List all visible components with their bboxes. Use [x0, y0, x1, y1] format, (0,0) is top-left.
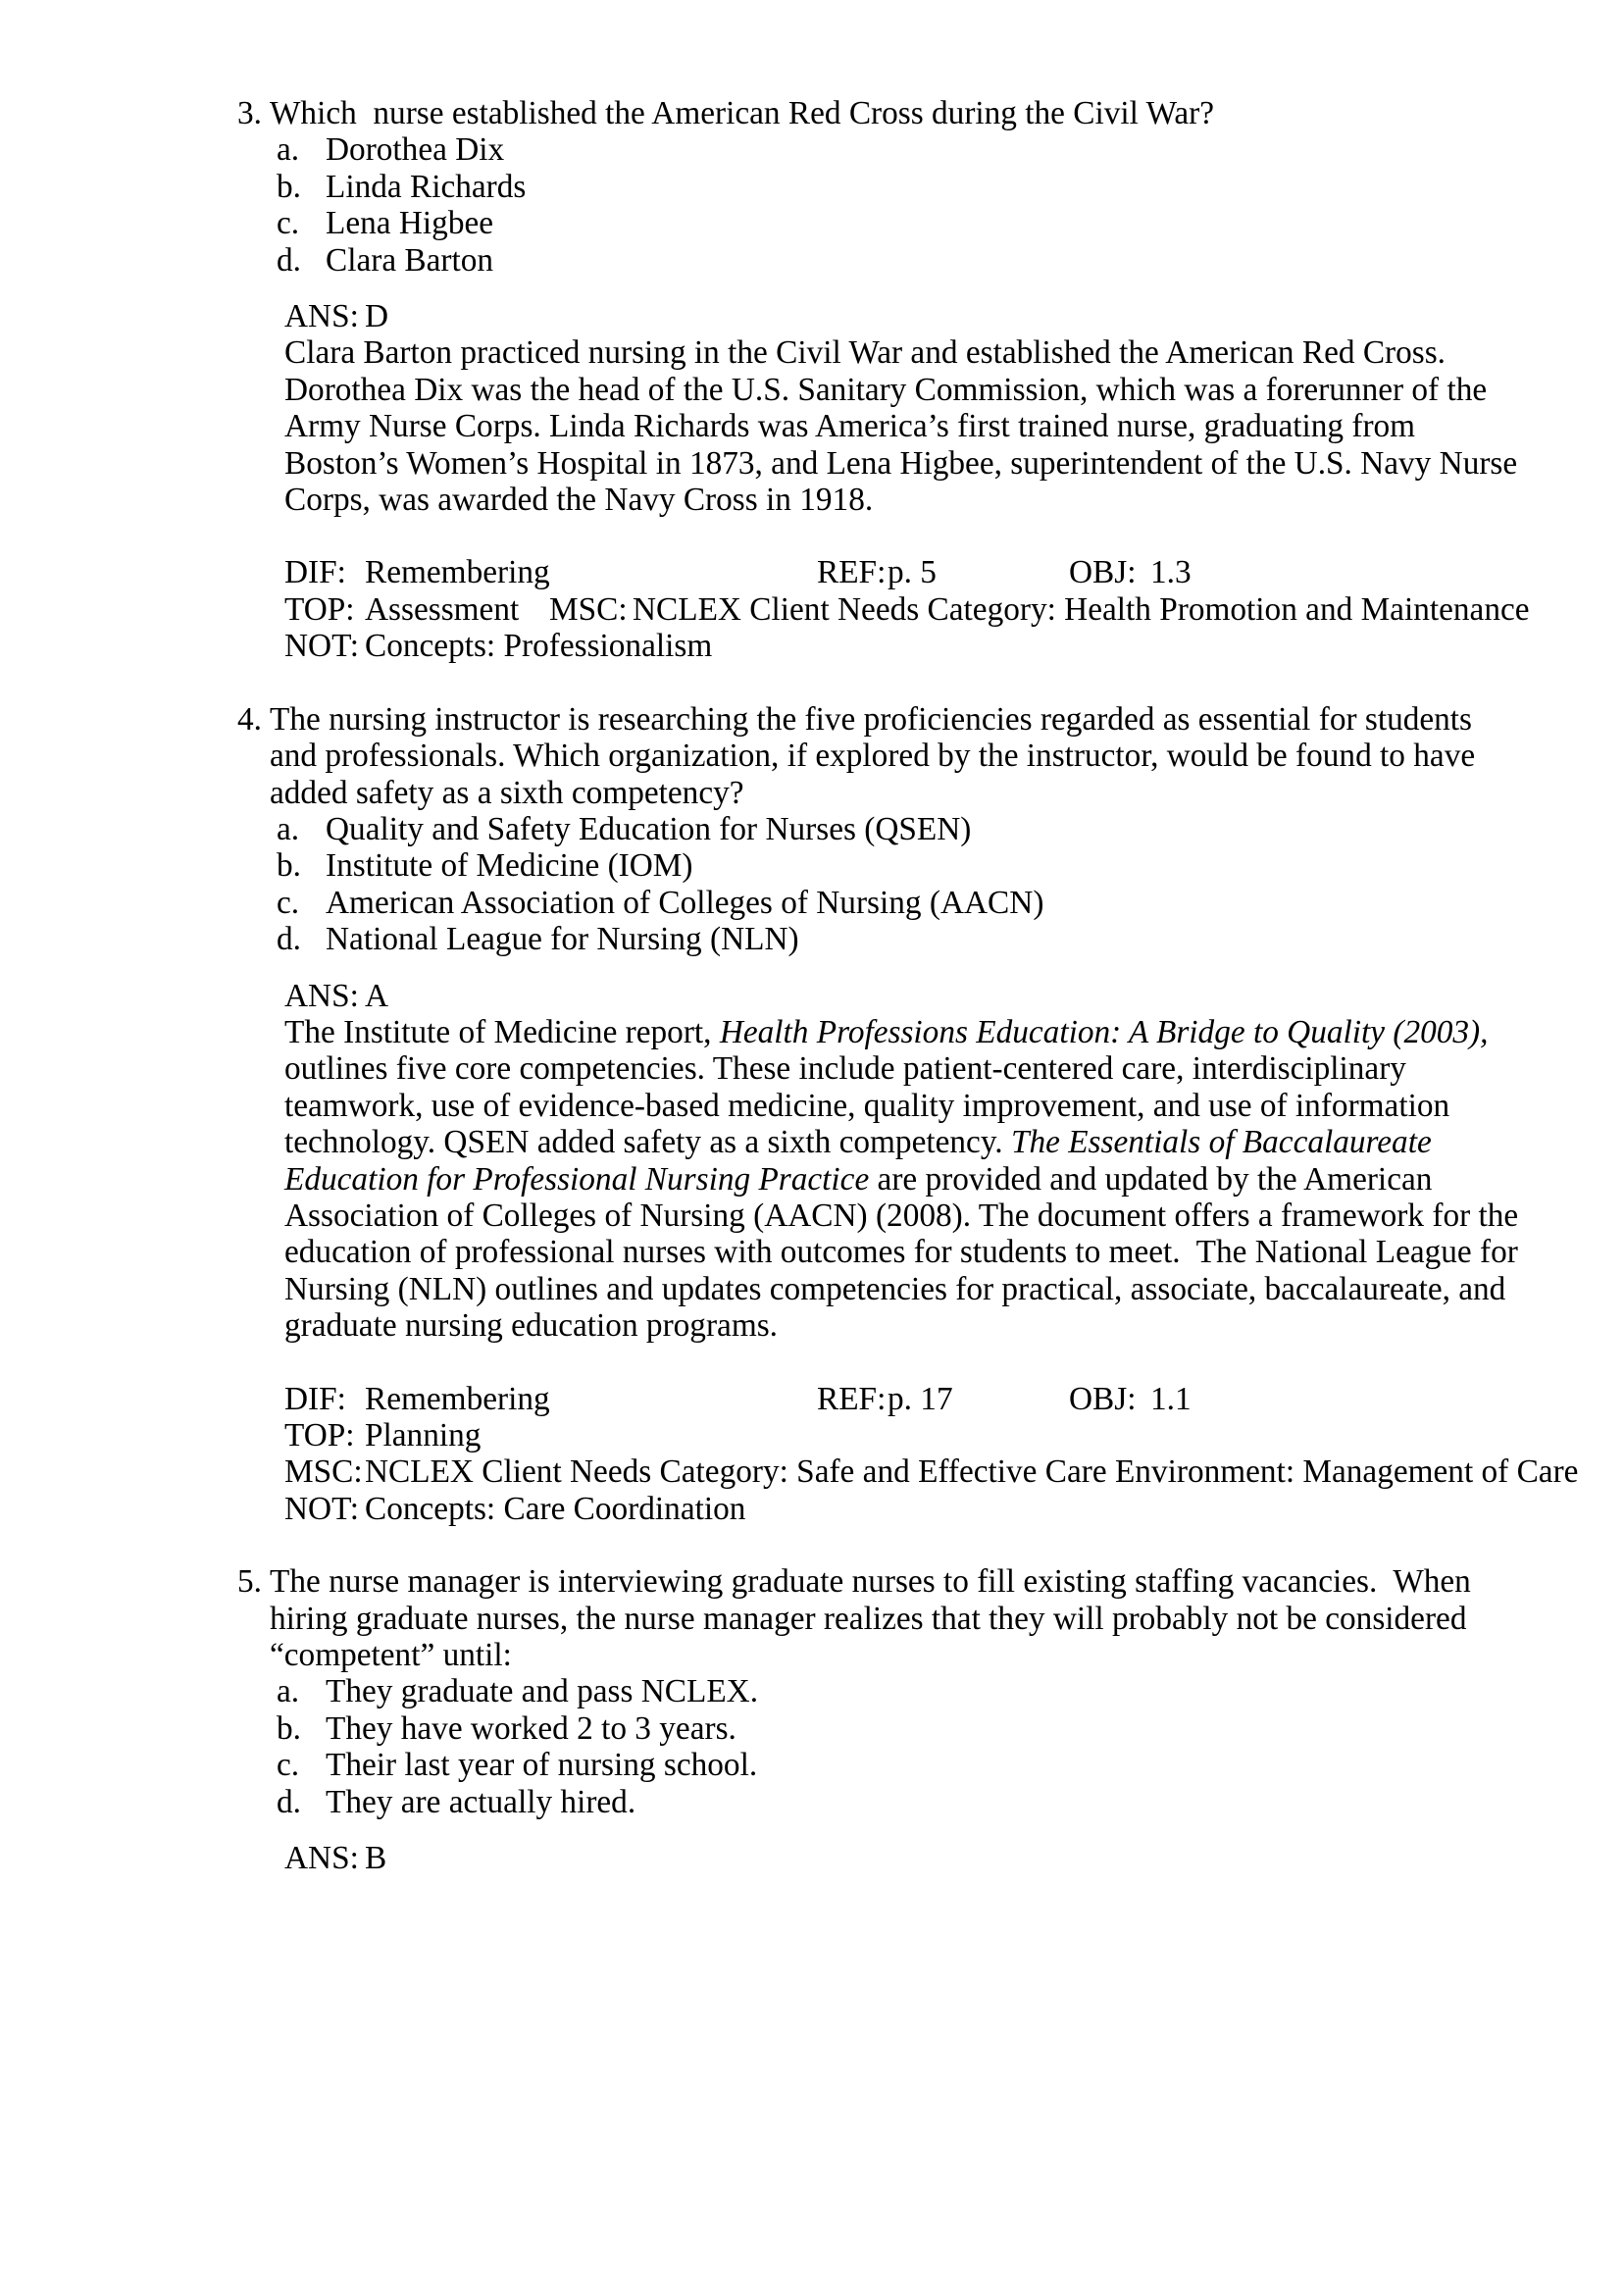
option-text: Clara Barton [326, 242, 493, 279]
answer-label: ANS: [284, 1840, 365, 1876]
answer-options: a. Dorothea Dix b. Linda Richards c. Len… [0, 131, 1624, 279]
question-4: 4. The nursing instructor is researching… [0, 701, 1624, 1528]
ref-value: p. 5 [888, 554, 1069, 590]
top-msc-row: TOP: Assessment MSC: NCLEX Client Needs … [284, 591, 1624, 628]
top-label: TOP: [284, 591, 365, 628]
not-value: Concepts: Care Coordination [365, 1491, 745, 1527]
not-row: NOT: Concepts: Care Coordination [284, 1491, 1624, 1527]
obj-value: 1.1 [1150, 1381, 1192, 1417]
top-label: TOP: [284, 1417, 365, 1453]
answer-option-c: c. Lena Higbee [0, 205, 1624, 241]
not-label: NOT: [284, 628, 365, 664]
answer-option-a: a. Quality and Safety Education for Nurs… [0, 811, 1624, 847]
option-letter: d. [277, 921, 326, 957]
answer-option-d: d. National League for Nursing (NLN) [0, 921, 1624, 957]
ref-label: REF: [817, 1381, 888, 1417]
option-letter: c. [277, 205, 326, 241]
option-letter: a. [277, 131, 326, 168]
ref-value: p. 17 [888, 1381, 1069, 1417]
question-stem-row: 5. The nurse manager is interviewing gra… [0, 1563, 1624, 1673]
option-text: National League for Nursing (NLN) [326, 921, 799, 957]
answer-block: ANS: D Clara Barton practiced nursing in… [0, 298, 1624, 665]
not-row: NOT: Concepts: Professionalism [284, 628, 1624, 664]
answer-option-b: b. Linda Richards [0, 169, 1624, 205]
ref-label: REF: [817, 554, 888, 590]
dif-label: DIF: [284, 1381, 365, 1417]
question-stem: Which nurse established the American Red… [270, 95, 1525, 131]
option-letter: a. [277, 1673, 326, 1709]
option-letter: d. [277, 1784, 326, 1820]
question-3: 3. Which nurse established the American … [0, 95, 1624, 665]
question-stem-row: 4. The nursing instructor is researching… [0, 701, 1624, 811]
answer-option-a: a. Dorothea Dix [0, 131, 1624, 168]
answer-option-b: b. They have worked 2 to 3 years. [0, 1710, 1624, 1747]
msc-label: MSC: [284, 1453, 365, 1490]
answer-option-c: c. Their last year of nursing school. [0, 1747, 1624, 1783]
answer-row: ANS: B [284, 1840, 1624, 1876]
answer-row: ANS: D [284, 298, 1624, 334]
top-value: Assessment [365, 591, 549, 628]
obj-label: OBJ: [1069, 1381, 1150, 1417]
option-letter: d. [277, 242, 326, 279]
question-number: 3. [237, 95, 270, 131]
dif-label: DIF: [284, 554, 365, 590]
rationale-segment-italic: Health Professions Education: A Bridge t… [720, 1014, 1489, 1050]
question-stem: The nurse manager is interviewing gradua… [270, 1563, 1525, 1673]
answer-value: A [365, 978, 388, 1014]
option-letter: b. [277, 169, 326, 205]
msc-value: NCLEX Client Needs Category: Health Prom… [633, 591, 1530, 628]
answer-label: ANS: [284, 298, 365, 334]
option-letter: a. [277, 811, 326, 847]
top-row: TOP: Planning [284, 1417, 1624, 1453]
option-text: They have worked 2 to 3 years. [326, 1710, 736, 1747]
dif-ref-obj-row: DIF: Remembering REF: p. 5 OBJ: 1.3 [284, 554, 1624, 590]
answer-value: D [365, 298, 388, 334]
answer-option-d: d. Clara Barton [0, 242, 1624, 279]
obj-label: OBJ: [1069, 554, 1150, 590]
answer-block: ANS: B [0, 1840, 1624, 1876]
question-metadata: DIF: Remembering REF: p. 5 OBJ: 1.3 TOP:… [284, 554, 1624, 664]
rationale-text: Clara Barton practiced nursing in the Ci… [284, 334, 1535, 518]
answer-block: ANS: A The Institute of Medicine report,… [0, 978, 1624, 1528]
rationale-segment: The Institute of Medicine report, [284, 1014, 720, 1050]
answer-options: a. Quality and Safety Education for Nurs… [0, 811, 1624, 958]
dif-ref-obj-row: DIF: Remembering REF: p. 17 OBJ: 1.1 [284, 1381, 1624, 1417]
option-text: They graduate and pass NCLEX. [326, 1673, 758, 1709]
answer-option-a: a. They graduate and pass NCLEX. [0, 1673, 1624, 1709]
msc-label: MSC: [549, 591, 633, 628]
question-5: 5. The nurse manager is interviewing gra… [0, 1563, 1624, 1876]
option-text: Quality and Safety Education for Nurses … [326, 811, 971, 847]
top-value: Planning [365, 1417, 481, 1453]
option-text: Their last year of nursing school. [326, 1747, 757, 1783]
option-letter: b. [277, 847, 326, 884]
option-text: Linda Richards [326, 169, 526, 205]
option-letter: b. [277, 1710, 326, 1747]
question-stem: The nursing instructor is researching th… [270, 701, 1525, 811]
page-content: 3. Which nurse established the American … [0, 0, 1624, 1876]
answer-options: a. They graduate and pass NCLEX. b. They… [0, 1673, 1624, 1820]
dif-value: Remembering [365, 1381, 817, 1417]
obj-value: 1.3 [1150, 554, 1192, 590]
option-text: Lena Higbee [326, 205, 493, 241]
msc-row: MSC: NCLEX Client Needs Category: Safe a… [284, 1453, 1624, 1490]
question-number: 5. [237, 1563, 270, 1673]
test-bank-document-page: 3. Which nurse established the American … [0, 0, 1624, 2294]
not-value: Concepts: Professionalism [365, 628, 712, 664]
answer-option-b: b. Institute of Medicine (IOM) [0, 847, 1624, 884]
rationale-text: The Institute of Medicine report, Health… [284, 1014, 1535, 1345]
answer-row: ANS: A [284, 978, 1624, 1014]
answer-value: B [365, 1840, 386, 1876]
question-metadata: DIF: Remembering REF: p. 17 OBJ: 1.1 TOP… [284, 1381, 1624, 1528]
option-letter: c. [277, 885, 326, 921]
option-text: Dorothea Dix [326, 131, 504, 168]
option-letter: c. [277, 1747, 326, 1783]
not-label: NOT: [284, 1491, 365, 1527]
msc-value: NCLEX Client Needs Category: Safe and Ef… [365, 1453, 1578, 1490]
option-text: They are actually hired. [326, 1784, 635, 1820]
dif-value: Remembering [365, 554, 817, 590]
question-stem-row: 3. Which nurse established the American … [0, 95, 1624, 131]
answer-label: ANS: [284, 978, 365, 1014]
answer-option-c: c. American Association of Colleges of N… [0, 885, 1624, 921]
answer-option-d: d. They are actually hired. [0, 1784, 1624, 1820]
option-text: Institute of Medicine (IOM) [326, 847, 693, 884]
option-text: American Association of Colleges of Nurs… [326, 885, 1043, 921]
question-number: 4. [237, 701, 270, 811]
